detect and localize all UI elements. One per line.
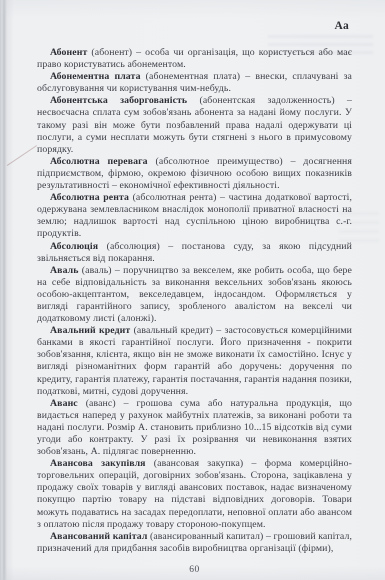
entry-definition: (аванс) – грошова сума або натуральна пр… bbox=[37, 398, 352, 457]
entry-term: Авансова закупівля bbox=[50, 458, 146, 469]
entry-term: Абсолютна перевага bbox=[50, 156, 148, 167]
glossary-entry: Авальний кредит (авальный кредит) – заст… bbox=[37, 325, 352, 398]
glossary-entry: Абсолютна рента (абсолютная рента) – час… bbox=[37, 192, 352, 240]
entry-term: Абсолюція bbox=[50, 241, 98, 252]
glossary-entry: Абсолюція (абсолюция) – постанова суду, … bbox=[37, 241, 352, 265]
entry-term: Авальний кредит bbox=[50, 325, 130, 336]
glossary-entry: Абонент (абонент) – особа чи організація… bbox=[37, 47, 352, 71]
pencil-margin-mark bbox=[7, 145, 38, 166]
glossary-text-block: Абонент (абонент) – особа чи організація… bbox=[37, 47, 352, 576]
entry-term: Аваль bbox=[50, 265, 79, 276]
entry-term: Абонент bbox=[50, 47, 87, 58]
entry-term: Абонентська заборгованість bbox=[50, 95, 187, 106]
glossary-entry: Аванс (аванс) – грошова сума або натурал… bbox=[37, 398, 352, 458]
glossary-entry: Абсолютна перевага (абсолютное преимущес… bbox=[37, 156, 352, 192]
entry-definition: (аваль) – поручництво за векселем, яке р… bbox=[37, 265, 352, 324]
entry-term: Абонементна плата bbox=[50, 71, 141, 82]
running-head-letter: Аа bbox=[334, 20, 349, 32]
scanned-dictionary-page: Аа Абонент (абонент) – особа чи організа… bbox=[0, 0, 385, 580]
glossary-entry: Абонементна плата (абонементная плата) –… bbox=[37, 71, 352, 95]
glossary-entry: Авансова закупівля (авансовая закупка) –… bbox=[37, 458, 352, 531]
glossary-entry: Аваль (аваль) – поручництво за векселем,… bbox=[37, 265, 352, 325]
glossary-entry: Абонентська заборгованість (абонентская … bbox=[37, 95, 352, 155]
entry-term: Аванс bbox=[50, 398, 78, 409]
glossary-entry: Авансований капітал (авансированный капи… bbox=[37, 531, 352, 555]
entry-term: Абсолютна рента bbox=[50, 192, 129, 203]
page-number: 60 bbox=[37, 564, 352, 576]
entry-term: Авансований капітал bbox=[50, 531, 147, 542]
